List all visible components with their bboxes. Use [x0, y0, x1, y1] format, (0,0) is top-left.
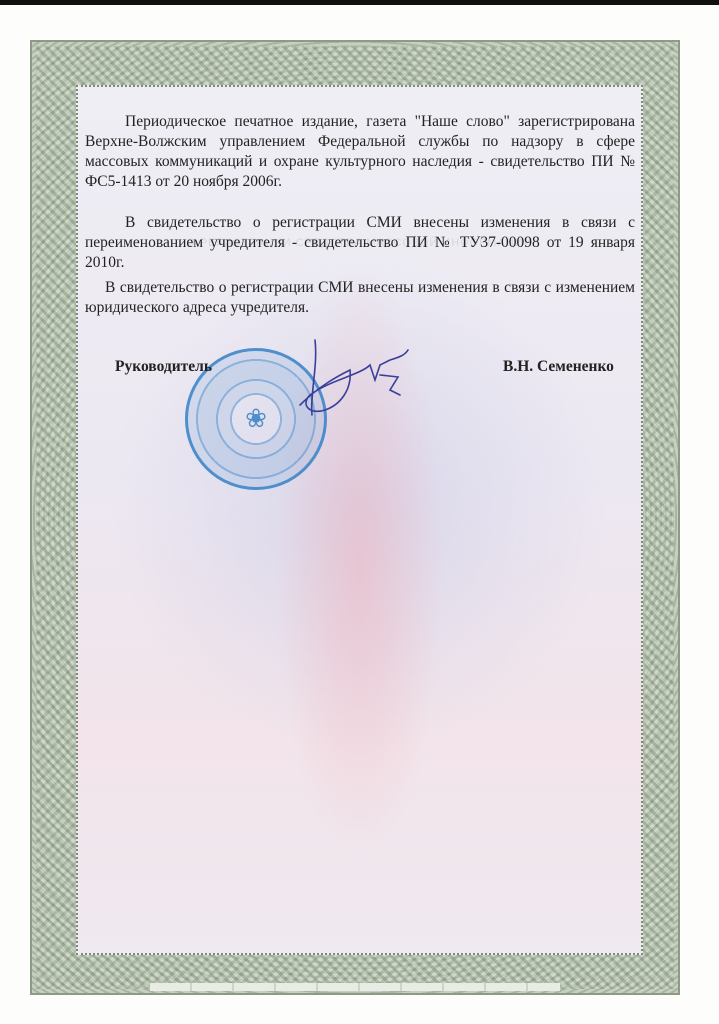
paragraph-address-change: В свидетельство о регистрации СМИ внесен… [85, 278, 635, 318]
paragraph-rename-change: В свидетельство о регистрации СМИ внесен… [85, 213, 635, 273]
signatory-name: В.Н. Семененко [503, 358, 614, 376]
scan-edge [0, 0, 719, 5]
printer-imprint-strip [150, 983, 560, 991]
handwritten-signature-icon [280, 335, 410, 430]
coat-of-arms-icon: ❀ [241, 402, 271, 436]
paragraph-registration: Периодическое печатное издание, газета "… [85, 112, 635, 192]
signatory-role: Руководитель [115, 358, 212, 376]
